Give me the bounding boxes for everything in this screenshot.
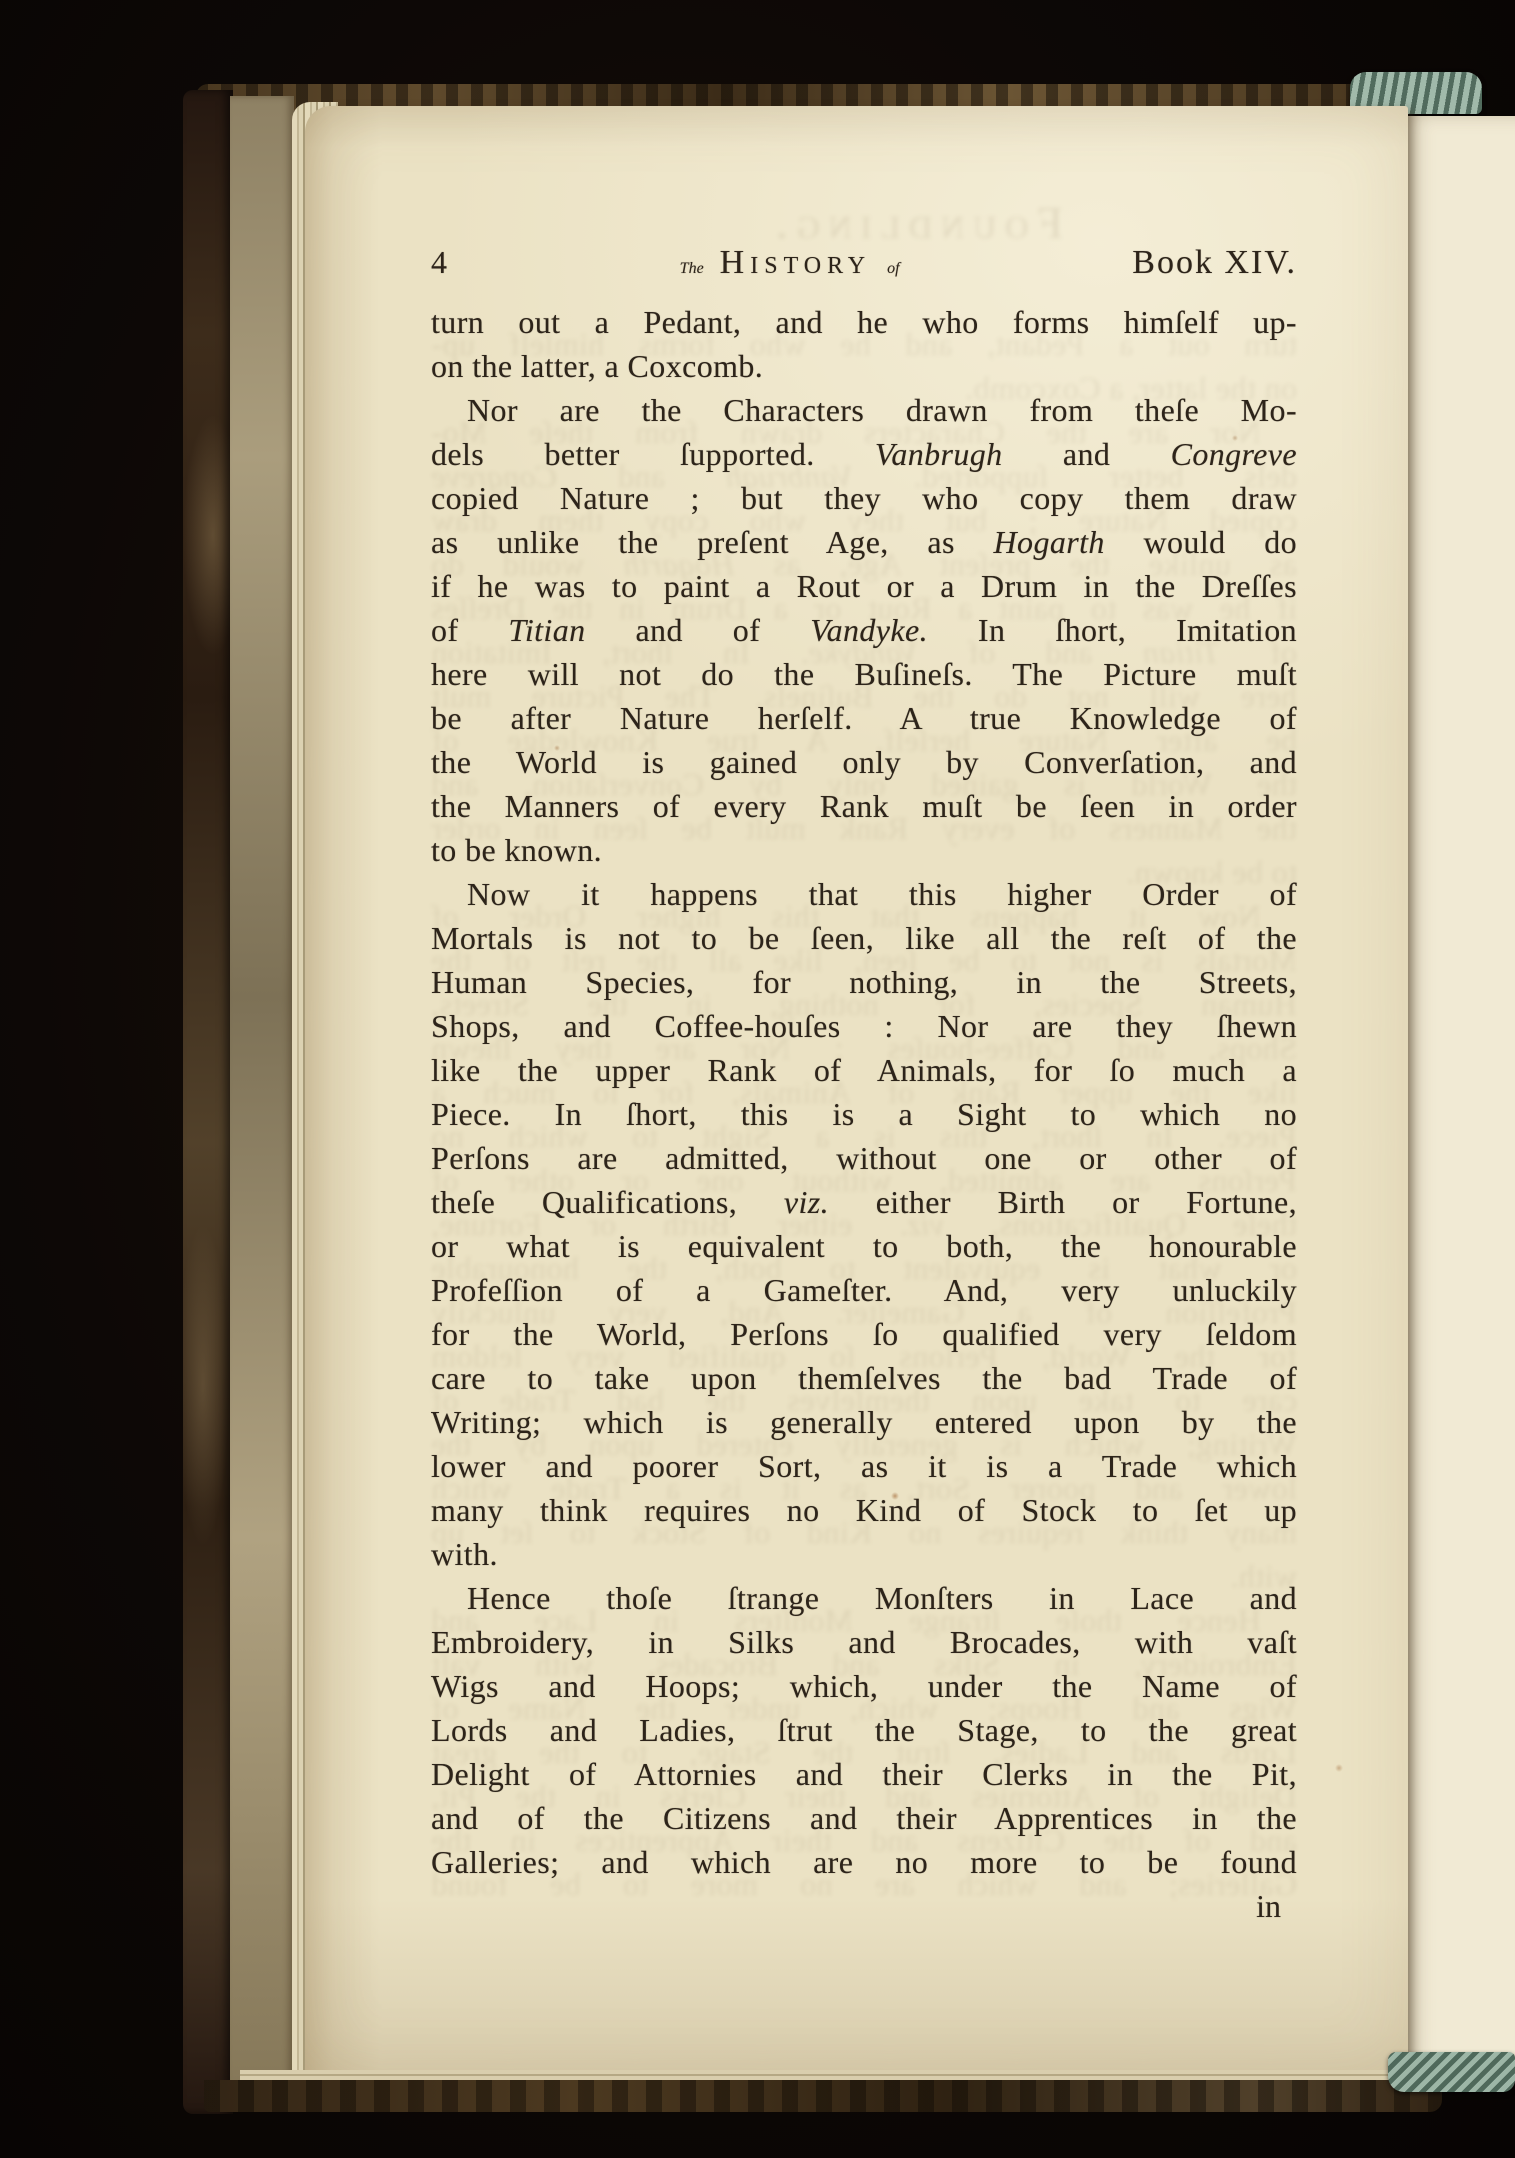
text-line: or what is equivalent to both, the honou… (431, 1224, 1297, 1268)
text-segment: Writing; which is generally entered upon… (431, 1404, 1297, 1440)
running-title-history: History (720, 244, 871, 281)
text-segment: Mortals is not to be ſeen, like all the … (431, 920, 1297, 956)
running-title: TheHistoryof (680, 244, 900, 282)
running-title-of: of (887, 260, 899, 277)
text-line: dels better ſupported. Vanbrugh and Cong… (431, 432, 1297, 476)
text-segment: Embroidery, in Silks and Brocades, with … (431, 1624, 1297, 1660)
text-segment: would do (1105, 524, 1297, 560)
text-line: on the latter, a Coxcomb. (431, 344, 1297, 388)
text-segment: if he was to paint a Rout or a Drum in t… (431, 568, 1297, 604)
running-title-the: The (680, 260, 704, 277)
headband-bottom (1388, 2052, 1515, 2092)
catchword: in (431, 1884, 1297, 1928)
italic-text-segment: Vandyke. (810, 612, 928, 648)
text-line: to be known. (431, 828, 1297, 872)
text-segment: and (1003, 436, 1171, 472)
text-line: theſe Qualifications, viz. either Birth … (431, 1180, 1297, 1224)
text-segment: of (431, 612, 508, 648)
text-segment: turn out a Pedant, and he who forms himſ… (431, 304, 1297, 340)
text-line: Mortals is not to be ſeen, like all the … (431, 916, 1297, 960)
text-line: Human Species, for nothing, in the Stree… (431, 960, 1297, 1004)
text-segment: lower and poorer Sort, as it is a Trade … (431, 1448, 1297, 1484)
text-line: with. (431, 1532, 1297, 1576)
text-segment: Now it happens that this higher Order of (467, 876, 1297, 912)
text-line: Profeſſion of a Gameſter. And, very unlu… (431, 1268, 1297, 1312)
text-segment: with. (431, 1536, 498, 1572)
text-line: Nor are the Characters drawn from theſe … (431, 388, 1297, 432)
text-segment: Human Species, for nothing, in the Stree… (431, 964, 1297, 1000)
text-segment: for the World, Perſons ſo qualified very… (431, 1316, 1297, 1352)
text-segment: theſe Qualifications, (431, 1184, 784, 1220)
text-line: the World is gained only by Converſation… (431, 740, 1297, 784)
next-page-edge (1400, 116, 1515, 2074)
book-spine-leather (183, 90, 233, 2114)
page-number: 4 (431, 244, 447, 281)
text-segment: on the latter, a Coxcomb. (431, 348, 763, 384)
text-line: Writing; which is generally entered upon… (431, 1400, 1297, 1444)
text-segment: Delight of Attornies and their Clerks in… (431, 1756, 1297, 1792)
text-segment: copied Nature ; but they who copy them d… (431, 480, 1297, 516)
text-line: like the upper Rank of Animals, for ſo m… (431, 1048, 1297, 1092)
text-line: Piece. In ſhort, this is a Sight to whic… (431, 1092, 1297, 1136)
text-segment: Wigs and Hoops; which, under the Name of (431, 1668, 1297, 1704)
page-header: 4 TheHistoryof Book XIV. (431, 244, 1297, 282)
text-line: the Manners of every Rank muſt be ſeen i… (431, 784, 1297, 828)
text-segment: and of (586, 612, 811, 648)
italic-text-segment: Titian (508, 612, 585, 648)
text-segment: here will not do the Buſineſs. The Pictu… (431, 656, 1297, 692)
text-segment: Shops, and Coffee-houſes : Nor are they … (431, 1008, 1297, 1044)
text-line: of Titian and of Vandyke. In ſhort, Imit… (431, 608, 1297, 652)
photo-background: Foundling. turn out a Pedant, and he who… (0, 0, 1515, 2158)
text-line: Lords and Ladies, ſtrut the Stage, to th… (431, 1708, 1297, 1752)
book-page: Foundling. turn out a Pedant, and he who… (305, 106, 1408, 2074)
text-block: turn out a Pedant, and he who forms himſ… (431, 300, 1297, 1928)
text-segment: Perſons are admitted, without one or oth… (431, 1140, 1297, 1176)
text-line: Perſons are admitted, without one or oth… (431, 1136, 1297, 1180)
text-segment: or what is equivalent to both, the honou… (431, 1228, 1297, 1264)
text-segment: Galleries; and which are no more to be f… (431, 1844, 1297, 1880)
book-bottom-cover-edge (204, 2080, 1442, 2112)
text-segment: the Manners of every Rank muſt be ſeen i… (431, 788, 1297, 824)
text-line: Hence thoſe ſtrange Monſters in Lace and (431, 1576, 1297, 1620)
text-line: here will not do the Buſineſs. The Pictu… (431, 652, 1297, 696)
text-segment: many think requires no Kind of Stock to … (431, 1492, 1297, 1528)
text-segment: as unlike the preſent Age, as (431, 524, 994, 560)
text-line: turn out a Pedant, and he who forms himſ… (431, 300, 1297, 344)
catchword-text: in (1256, 1888, 1281, 1924)
body-lines: turn out a Pedant, and he who forms himſ… (431, 300, 1297, 1884)
text-segment: Piece. In ſhort, this is a Sight to whic… (431, 1096, 1297, 1132)
text-segment: dels better ſupported. (431, 436, 875, 472)
text-line: Shops, and Coffee-houſes : Nor are they … (431, 1004, 1297, 1048)
text-segment: Hence thoſe ſtrange Monſters in Lace and (467, 1580, 1297, 1616)
text-line: lower and poorer Sort, as it is a Trade … (431, 1444, 1297, 1488)
italic-text-segment: Hogarth (994, 524, 1105, 560)
text-line: be after Nature herſelf. A true Knowledg… (431, 696, 1297, 740)
text-line: Delight of Attornies and their Clerks in… (431, 1752, 1297, 1796)
text-segment: and of the Citizens and their Apprentice… (431, 1800, 1297, 1836)
italic-text-segment: viz. (784, 1184, 829, 1220)
text-line: many think requires no Kind of Stock to … (431, 1488, 1297, 1532)
showthrough-title: Foundling. (543, 196, 1063, 249)
text-line: and of the Citizens and their Apprentice… (431, 1796, 1297, 1840)
text-segment: Profeſſion of a Gameſter. And, very unlu… (431, 1272, 1297, 1308)
text-segment: either Birth or Fortune, (829, 1184, 1297, 1220)
text-segment: the World is gained only by Converſation… (431, 744, 1297, 780)
text-line: Galleries; and which are no more to be f… (431, 1840, 1297, 1884)
text-line: for the World, Perſons ſo qualified very… (431, 1312, 1297, 1356)
text-line: if he was to paint a Rout or a Drum in t… (431, 564, 1297, 608)
text-line: Wigs and Hoops; which, under the Name of (431, 1664, 1297, 1708)
italic-text-segment: Congreve (1171, 436, 1297, 472)
text-segment: care to take upon themſelves the bad Tra… (431, 1360, 1297, 1396)
text-line: as unlike the preſent Age, as Hogarth wo… (431, 520, 1297, 564)
text-segment: like the upper Rank of Animals, for ſo m… (431, 1052, 1297, 1088)
text-segment: In ſhort, Imitation (928, 612, 1297, 648)
italic-text-segment: Vanbrugh (875, 436, 1003, 472)
book-board-edge (230, 96, 294, 2098)
text-segment: be after Nature herſelf. A true Knowledg… (431, 700, 1297, 736)
text-line: care to take upon themſelves the bad Tra… (431, 1356, 1297, 1400)
text-line: Embroidery, in Silks and Brocades, with … (431, 1620, 1297, 1664)
book-number-label: Book XIV. (1132, 244, 1297, 282)
text-line: copied Nature ; but they who copy them d… (431, 476, 1297, 520)
text-line: Now it happens that this higher Order of (431, 872, 1297, 916)
text-segment: to be known. (431, 832, 602, 868)
text-segment: Lords and Ladies, ſtrut the Stage, to th… (431, 1712, 1297, 1748)
text-segment: Nor are the Characters drawn from theſe … (467, 392, 1297, 428)
